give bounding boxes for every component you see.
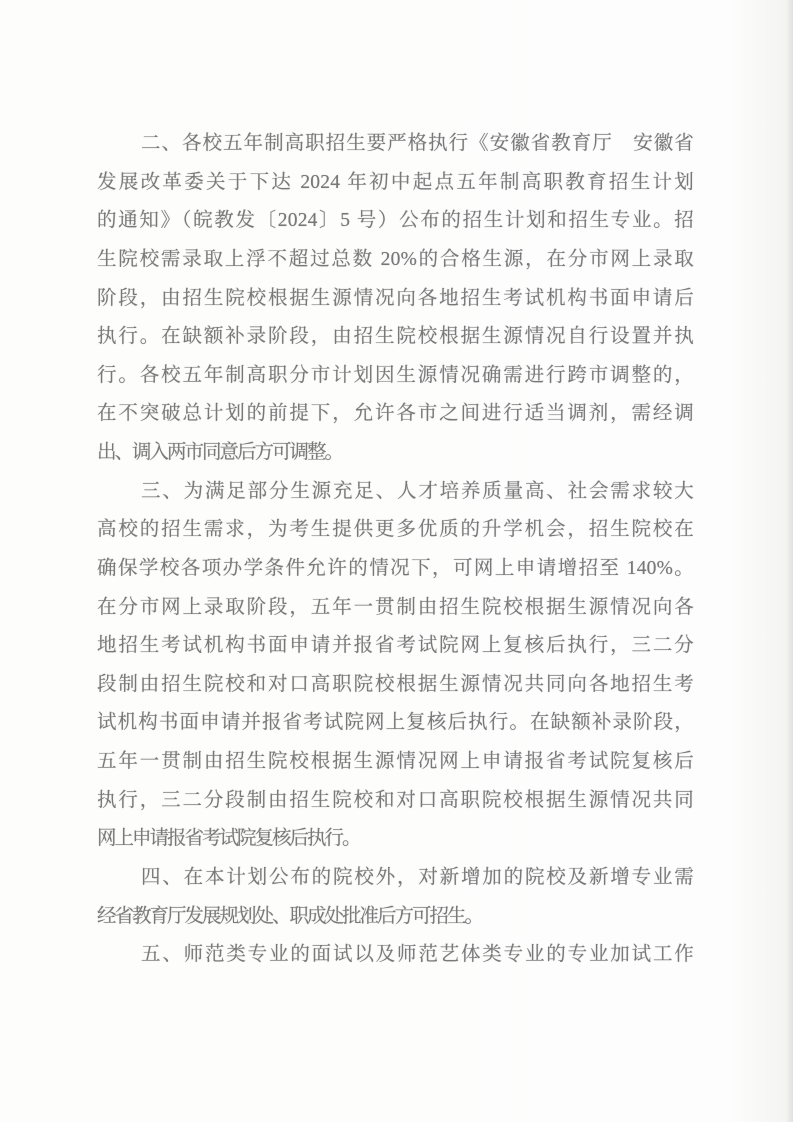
text-line: 行。各校五年制高职分市计划因生源情况确需进行跨市调整的， bbox=[97, 357, 694, 396]
document-page: 二、各校五年制高职招生要严格执行《安徽省教育厅 安徽省发展改革委关于下达 202… bbox=[0, 0, 793, 1122]
text-line: 经省教育厅发展规划处、职成处批准后方可招生。 bbox=[97, 898, 694, 937]
text-line: 生院校需录取上浮不超过总数 20%的合格生源，在分市网上录取 bbox=[97, 241, 694, 280]
scan-edge-shadow bbox=[785, 0, 793, 1122]
text-line: 在不突破总计划的前提下，允许各市之间进行适当调剂，需经调 bbox=[97, 395, 694, 434]
text-line: 四、在本计划公布的院校外，对新增加的院校及新增专业需 bbox=[97, 859, 694, 898]
text-line: 发展改革委关于下达 2024 年初中起点五年制高职教育招生计划 bbox=[97, 164, 694, 203]
text-line: 阶段，由招生院校根据生源情况向各地招生考试机构书面申请后 bbox=[97, 280, 694, 319]
text-line: 高校的招生需求，为考生提供更多优质的升学机会，招生院校在 bbox=[97, 511, 694, 550]
text-line: 出、调入两市同意后方可调整。 bbox=[97, 434, 694, 473]
text-line: 五年一贯制由招生院校根据生源情况网上申请报省考试院复核后 bbox=[97, 743, 694, 782]
text-line: 试机构书面申请并报省考试院网上复核后执行。在缺额补录阶段， bbox=[97, 704, 694, 743]
text-line: 地招生考试机构书面申请并报省考试院网上复核后执行，三二分 bbox=[97, 627, 694, 666]
text-line: 的通知》（皖教发〔2024〕5 号）公布的招生计划和招生专业。招 bbox=[97, 202, 694, 241]
text-line: 二、各校五年制高职招生要严格执行《安徽省教育厅 安徽省 bbox=[97, 125, 694, 164]
document-text-block: 二、各校五年制高职招生要严格执行《安徽省教育厅 安徽省发展改革委关于下达 202… bbox=[97, 125, 694, 975]
text-line: 三、为满足部分生源充足、人才培养质量高、社会需求较大 bbox=[97, 473, 694, 512]
text-line: 确保学校各项办学条件允许的情况下，可网上申请增招至 140%。 bbox=[97, 550, 694, 589]
text-line: 执行。在缺额补录阶段，由招生院校根据生源情况自行设置并执 bbox=[97, 318, 694, 357]
text-line: 五、师范类专业的面试以及师范艺体类专业的专业加试工作 bbox=[97, 936, 694, 975]
text-line: 段制由招生院校和对口高职院校根据生源情况共同向各地招生考 bbox=[97, 666, 694, 705]
text-line: 执行，三二分段制由招生院校和对口高职院校根据生源情况共同 bbox=[97, 782, 694, 821]
text-line: 在分市网上录取阶段，五年一贯制由招生院校根据生源情况向各 bbox=[97, 589, 694, 628]
text-line: 网上申请报省考试院复核后执行。 bbox=[97, 820, 694, 859]
